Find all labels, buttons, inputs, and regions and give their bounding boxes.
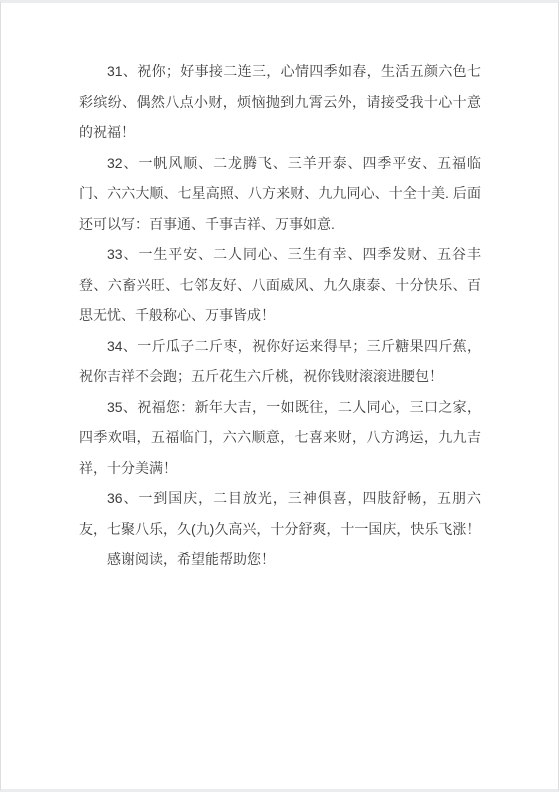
paragraph-32: 32、一帆风顺、二龙腾飞、三羊开泰、四季平安、五福临门、六六大顺、七星高照、八方… bbox=[79, 148, 481, 240]
document-body: 31、祝你；好事接二连三，心情四季如春，生活五颜六色七彩缤纷、偶然八点小财，烦恼… bbox=[1, 3, 558, 575]
paragraph-35: 35、祝福您：新年大吉，一如既往，二人同心，三口之家，四季欢唱，五福临门，六六顺… bbox=[79, 392, 481, 484]
paragraph-36: 36、一到国庆，二目放光，三神俱喜，四肢舒畅，五朋六友，七聚八乐，久(九)久高兴… bbox=[79, 483, 481, 544]
paragraph-33: 33、一生平安、二人同心、三生有幸、四季发财、五谷丰登、六畜兴旺、七邻友好、八面… bbox=[79, 239, 481, 331]
closing-line: 感谢阅读，希望能帮助您！ bbox=[79, 544, 481, 575]
paragraph-31: 31、祝你；好事接二连三，心情四季如春，生活五颜六色七彩缤纷、偶然八点小财，烦恼… bbox=[79, 56, 481, 148]
document-page: 31、祝你；好事接二连三，心情四季如春，生活五颜六色七彩缤纷、偶然八点小财，烦恼… bbox=[0, 0, 559, 792]
paragraph-34: 34、一斤瓜子二斤枣，祝你好运来得早；三斤糖果四斤蕉，祝你吉祥不会跑；五斤花生六… bbox=[79, 331, 481, 392]
